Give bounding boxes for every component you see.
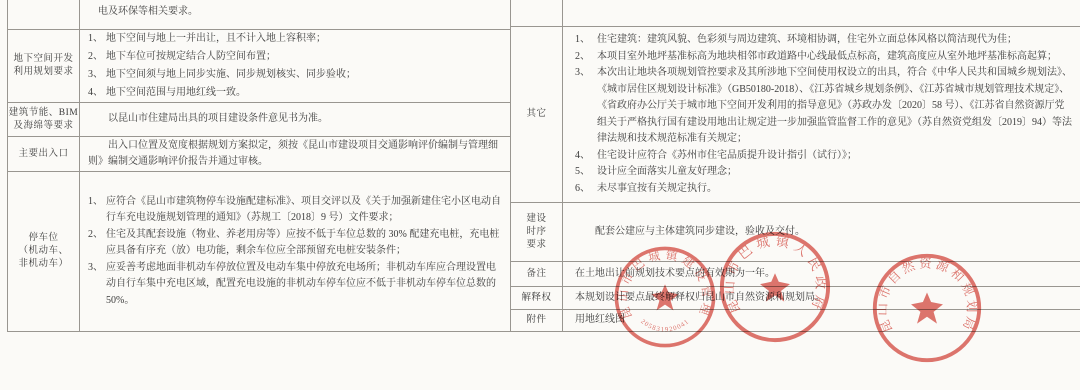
table-row: 建筑节能、BIM 及海绵等要求 以昆山市住建局出具的项目建设条件意见书为准。 xyxy=(8,103,511,137)
table-row: 电及环保等相关要求。 xyxy=(8,0,511,30)
table-row: 其它 1、住宅建筑：建筑风貌、色彩须与周边建筑、环境相协调，住宅外立面总体风格以… xyxy=(511,27,1080,203)
row-content: 用地红线图 xyxy=(563,310,1080,331)
list-item: 2、地下车位可按规定结合人防空间布置； xyxy=(88,48,504,66)
row-content: 配套公建应与主体建筑同步建设，验收及交付。 xyxy=(563,203,1080,261)
list-item: 6、未尽事宜按有关规定执行。 xyxy=(575,181,1074,198)
row-content: 以昆山市住建局出具的项目建设条件意见书为准。 xyxy=(80,103,511,136)
list-item: 5、设计应全面落实儿童友好理念； xyxy=(575,164,1074,181)
list-item: 1、地下空间与地上一并出让，且不计入地上容积率； xyxy=(88,30,504,48)
continuation-text: 电及环保等相关要求。 xyxy=(88,4,504,21)
table-row: 解释权 本规划设计要点最终解释权归昆山市自然资源和规划局。 xyxy=(511,287,1080,310)
row-label-interpretation: 解释权 xyxy=(511,287,563,309)
table-row: 附件 用地红线图 xyxy=(511,310,1080,332)
row-label-empty xyxy=(8,0,80,29)
list-item: 1、住宅建筑：建筑风貌、色彩须与周边建筑、环境相协调，住宅外立面总体风格以简洁现… xyxy=(575,32,1074,49)
list-item: 3、本次出让地块各项规划管控要求及其所涉地下空间使用权设立的出具，符合《中华人民… xyxy=(575,65,1074,148)
row-content: 1、地下空间与地上一并出让，且不计入地上容积率； 2、地下车位可按规定结合人防空… xyxy=(80,30,511,102)
list-item: 2、本项目室外地坪基准标高为地块相邻市政道路中心线最低点标高，建筑高度应从室外地… xyxy=(575,49,1074,66)
row-content: 在土地出让前规划技术要点的有效期为一年。 xyxy=(563,262,1080,286)
table-row xyxy=(511,0,1080,27)
right-table: 其它 1、住宅建筑：建筑风貌、色彩须与周边建筑、环境相协调，住宅外立面总体风格以… xyxy=(511,0,1080,332)
row-label-underground-space: 地下空间开发 利用规划要求 xyxy=(8,30,80,102)
row-label-other: 其它 xyxy=(511,27,563,202)
table-row: 建设 时序 要求 配套公建应与主体建筑同步建设，验收及交付。 xyxy=(511,203,1080,262)
row-content xyxy=(563,0,1080,26)
row-content: 电及环保等相关要求。 xyxy=(80,0,511,29)
row-content: 本规划设计要点最终解释权归昆山市自然资源和规划局。 xyxy=(563,287,1080,309)
row-label-parking: 停车位 （机动车、 非机动车） xyxy=(8,172,80,331)
row-label-attachment: 附件 xyxy=(511,310,563,331)
row-label-construction-sequence: 建设 时序 要求 xyxy=(511,203,563,261)
row-content: 1、住宅建筑：建筑风貌、色彩须与周边建筑、环境相协调，住宅外立面总体风格以简洁现… xyxy=(563,27,1080,202)
table-row: 备注 在土地出让前规划技术要点的有效期为一年。 xyxy=(511,262,1080,287)
table-row: 地下空间开发 利用规划要求 1、地下空间与地上一并出让，且不计入地上容积率； 2… xyxy=(8,30,511,103)
list-item: 3、地下空间须与地上同步实施、同步规划核实、同步验收； xyxy=(88,66,504,84)
row-content: 出入口位置及宽度根据规划方案拟定，须按《昆山市建设项目交通影响评价编制与管理细则… xyxy=(80,137,511,171)
list-item: 1、应符合《昆山市建筑物停车设施配建标准》、项目交评以及《关于加强新建住宅小区电… xyxy=(88,194,504,227)
left-table: 电及环保等相关要求。 地下空间开发 利用规划要求 1、地下空间与地上一并出让，且… xyxy=(7,0,511,332)
row-label-empty xyxy=(511,0,563,26)
row-label-main-entrance: 主要出入口 xyxy=(8,137,80,171)
list-item: 4、住宅设计应符合《苏州市住宅品质提升设计指引（试行）》； xyxy=(575,148,1074,165)
list-item: 3、应妥善考虑地面非机动车停放位置及电动车集中停放充电场所；非机动车库应合理设置… xyxy=(88,260,504,310)
row-label-note: 备注 xyxy=(511,262,563,286)
list-item: 4、地下空间范围与用地红线一致。 xyxy=(88,84,504,102)
list-item: 2、住宅及其配套设施（物业、养老用房等）应按不低于车位总数的 30% 配建充电桩… xyxy=(88,227,504,260)
row-label-energy-bim: 建筑节能、BIM 及海绵等要求 xyxy=(8,103,80,136)
table-row: 停车位 （机动车、 非机动车） 1、应符合《昆山市建筑物停车设施配建标准》、项目… xyxy=(8,172,511,332)
table-row: 主要出入口 出入口位置及宽度根据规划方案拟定，须按《昆山市建设项目交通影响评价编… xyxy=(8,137,511,172)
row-content: 1、应符合《昆山市建筑物停车设施配建标准》、项目交评以及《关于加强新建住宅小区电… xyxy=(80,172,511,331)
planning-conditions-document: 电及环保等相关要求。 地下空间开发 利用规划要求 1、地下空间与地上一并出让，且… xyxy=(0,0,1080,390)
